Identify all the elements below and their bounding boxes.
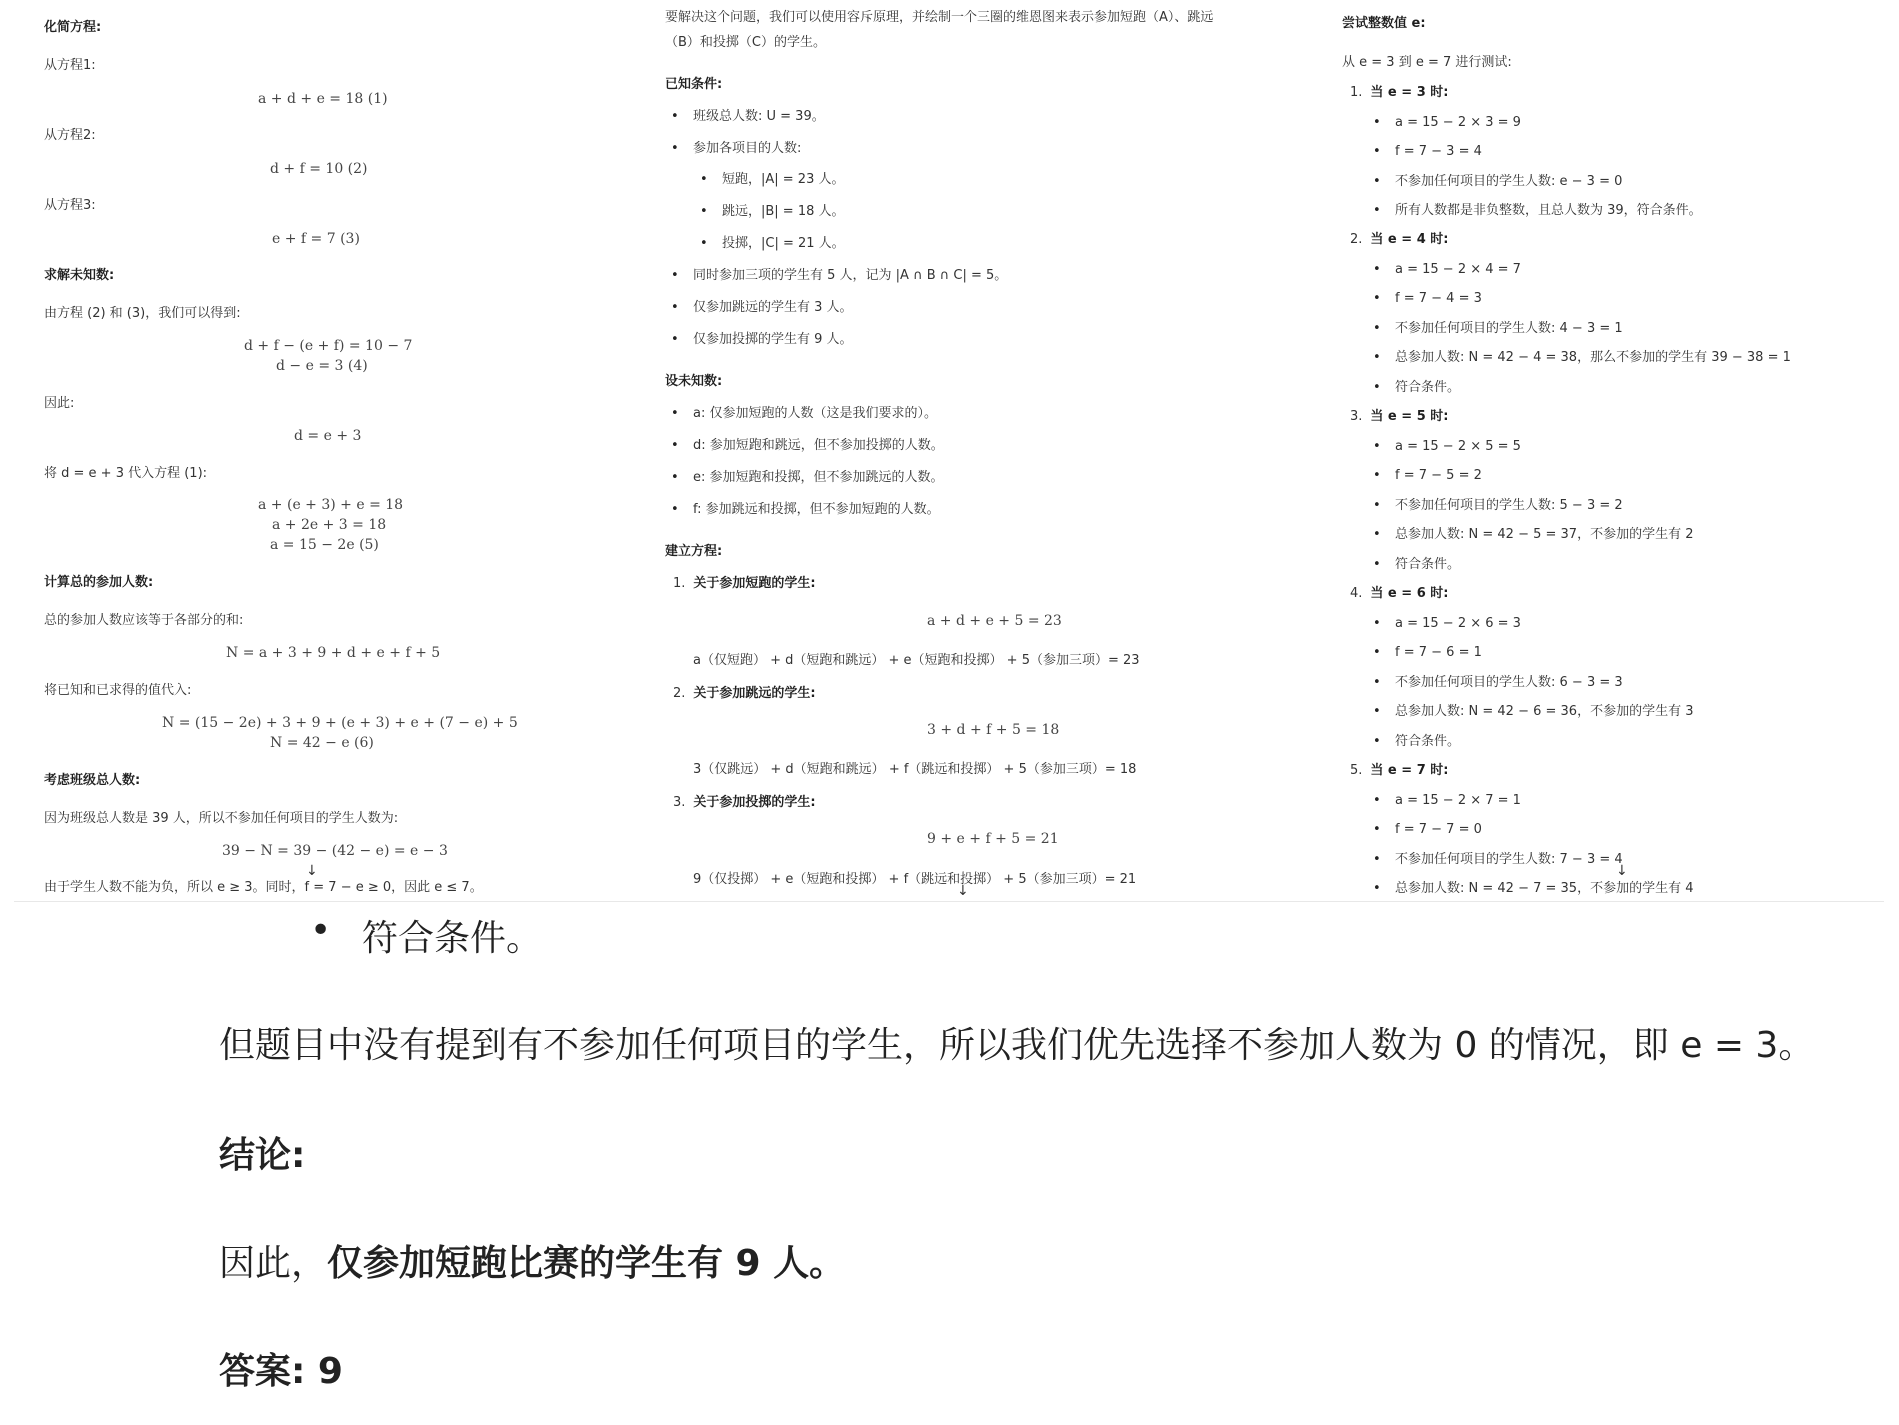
equation-block-title: 1.关于参加短跑的学生: [673, 576, 816, 593]
label-from-eq1: 从方程1: [44, 58, 96, 75]
text-total-desc: 总的参加人数应该等于各部分的和: [44, 613, 243, 630]
case-item: 总参加人数: N = 42 − 7 = 35，不参加的学生有 4 [1395, 881, 1693, 898]
known-item: 仅参加跳远的学生有 3 人。 [693, 300, 853, 317]
equation-6a: N = (15 − 2e) + 3 + 9 + (e + 3) + e + (7… [162, 714, 518, 732]
intro-line-1: 要解决这个问题，我们可以使用容斥原理，并绘制一个三圈的维恩图来表示参加短跑（A）… [665, 10, 1213, 27]
known-item: 班级总人数: U = 39。 [693, 109, 825, 126]
text-from-2-3: 由方程 (2) 和 (3)，我们可以得到: [44, 306, 241, 323]
equation-4b: d − e = 3 (4) [276, 357, 368, 375]
equation-3: e + f = 7 (3) [272, 230, 360, 248]
known-subitem: 短跑，|A| = 23 人。 [722, 172, 845, 189]
explain-throw: 9（仅投掷） + e（短跑和投掷） + f（跳远和投掷） + 5（参加三项）= … [693, 872, 1136, 889]
top-screenshot-strip: 化简方程: 从方程1: a + d + e = 18 (1) 从方程2: d +… [0, 0, 1899, 901]
case-item: 不参加任何项目的学生人数: 4 − 3 = 1 [1395, 321, 1623, 338]
heading-solve: 求解未知数: [44, 268, 114, 285]
case-item: 不参加任何项目的学生人数: 7 − 3 = 4 [1395, 852, 1623, 869]
case-title: 5.当 e = 7 时: [1350, 763, 1448, 780]
heading-total: 计算总的参加人数: [44, 575, 153, 592]
equation-none: 39 − N = 39 − (42 − e) = e − 3 [222, 842, 448, 860]
known-subitem: 跳远，|B| = 18 人。 [722, 204, 845, 221]
equation-2: d + f = 10 (2) [270, 160, 368, 178]
text-class-desc: 因为班级总人数是 39 人，所以不参加任何项目的学生人数为: [44, 811, 398, 828]
explain-sprint: a（仅短跑） + d（短跑和跳远） + e（短跑和投掷） + 5（参加三项）= … [693, 653, 1140, 670]
case-item: 不参加任何项目的学生人数: e − 3 = 0 [1395, 174, 1622, 191]
case-item: f = 7 − 3 = 4 [1395, 144, 1482, 161]
final-answer: 答案: 9 [219, 1343, 343, 1394]
case-item: f = 7 − 4 = 3 [1395, 291, 1482, 308]
label-from-eq2: 从方程2: [44, 128, 96, 145]
text-sub-known: 将已知和已求得的值代入: [44, 683, 191, 700]
case-item: a = 15 − 2 × 5 = 5 [1395, 439, 1521, 456]
equation-5b: a + 2e + 3 = 18 [272, 516, 386, 534]
label-from-eq3: 从方程3: [44, 198, 96, 215]
case-title: 2.当 e = 4 时: [1350, 232, 1448, 249]
text-therefore: 因此: [44, 396, 74, 413]
scroll-down-arrow-icon[interactable]: ↓ [1616, 862, 1628, 880]
scroll-down-arrow-icon[interactable]: ↓ [306, 862, 318, 880]
case-item: f = 7 − 7 = 0 [1395, 822, 1482, 839]
case-item: f = 7 − 5 = 2 [1395, 468, 1482, 485]
case-item: 不参加任何项目的学生人数: 5 − 3 = 2 [1395, 498, 1623, 515]
unknown-item: d: 参加短跑和跳远，但不参加投掷的人数。 [693, 438, 944, 455]
conclusion-bold: 仅参加短跑比赛的学生有 9 人。 [327, 1243, 845, 1284]
case-item: f = 7 − 6 = 1 [1395, 645, 1482, 662]
case-item: 总参加人数: N = 42 − 6 = 36，不参加的学生有 3 [1395, 704, 1693, 721]
heading-conclusion: 结论: [219, 1127, 305, 1178]
text-substitute: 将 d = e + 3 代入方程 (1): [44, 466, 207, 483]
equation-block-title: 3.关于参加投掷的学生: [673, 795, 816, 812]
scroll-down-arrow-icon[interactable]: ↓ [957, 882, 969, 900]
heading-known: 已知条件: [665, 77, 722, 94]
case-item: 总参加人数: N = 42 − 4 = 38，那么不参加的学生有 39 − 38… [1395, 350, 1791, 367]
equation-throw: 9 + e + f + 5 = 21 [927, 830, 1059, 848]
case-title: 1.当 e = 3 时: [1350, 85, 1448, 102]
case-item: a = 15 − 2 × 3 = 9 [1395, 115, 1521, 132]
intro-line-2: （B）和投掷（C）的学生。 [665, 35, 826, 52]
heading-unknowns: 设未知数: [665, 374, 722, 391]
unknown-item: a: 仅参加短跑的人数（这是我们要求的）。 [693, 406, 937, 423]
equation-5c: a = 15 − 2e (5) [270, 536, 379, 554]
equation-sprint: a + d + e + 5 = 23 [927, 612, 1062, 630]
case-item: 所有人数都是非负整数，且总人数为 39，符合条件。 [1395, 203, 1702, 220]
zoomed-conclusion-section: 符合条件。 但题目中没有提到有不参加任何项目的学生，所以我们优先选择不参加人数为… [0, 902, 1899, 1425]
equation-5a: a + (e + 3) + e = 18 [258, 496, 403, 514]
unknown-item: f: 参加跳远和投掷，但不参加短跑的人数。 [693, 502, 940, 519]
conclusion-sentence: 因此，仅参加短跑比赛的学生有 9 人。 [219, 1235, 845, 1286]
paragraph-prefer-zero: 但题目中没有提到有不参加任何项目的学生，所以我们优先选择不参加人数为 0 的情况… [219, 1017, 1814, 1068]
equation-block-title: 2.关于参加跳远的学生: [673, 686, 816, 703]
conclusion-prefix: 因此， [219, 1243, 327, 1284]
bullet-meets-condition: 符合条件。 [362, 910, 542, 961]
case-item: 符合条件。 [1395, 557, 1460, 574]
case-item: a = 15 − 2 × 6 = 3 [1395, 616, 1521, 633]
text-range: 从 e = 3 到 e = 7 进行测试: [1342, 55, 1512, 72]
case-item: 不参加任何项目的学生人数: 6 − 3 = 3 [1395, 675, 1623, 692]
equation-1: a + d + e = 18 (1) [258, 90, 388, 108]
known-item: 参加各项目的人数: [693, 141, 801, 158]
equation-jump: 3 + d + f + 5 = 18 [927, 721, 1059, 739]
case-item: 总参加人数: N = 42 − 5 = 37，不参加的学生有 2 [1395, 527, 1693, 544]
known-subitem: 投掷，|C| = 21 人。 [722, 236, 845, 253]
heading-class: 考虑班级总人数: [44, 773, 140, 790]
case-item: 符合条件。 [1395, 734, 1460, 751]
equation-4a: d + f − (e + f) = 10 − 7 [244, 337, 412, 355]
case-item: a = 15 − 2 × 7 = 1 [1395, 793, 1521, 810]
case-item: 符合条件。 [1395, 380, 1460, 397]
case-item: a = 15 − 2 × 4 = 7 [1395, 262, 1521, 279]
heading-simplify: 化简方程: [44, 20, 101, 37]
text-constraint: 由于学生人数不能为负，所以 e ≥ 3。同时，f = 7 − e ≥ 0，因此 … [44, 880, 483, 897]
known-item: 同时参加三项的学生有 5 人，记为 |A ∩ B ∩ C| = 5。 [693, 268, 1007, 285]
heading-try: 尝试整数值 e: [1342, 16, 1426, 33]
equation-6b: N = 42 − e (6) [270, 734, 374, 752]
equation-d: d = e + 3 [294, 427, 361, 445]
known-item: 仅参加投掷的学生有 9 人。 [693, 332, 853, 349]
heading-equations: 建立方程: [665, 544, 722, 561]
explain-jump: 3（仅跳远） + d（短跑和跳远） + f（跳远和投掷） + 5（参加三项）= … [693, 762, 1136, 779]
unknown-item: e: 参加短跑和投掷，但不参加跳远的人数。 [693, 470, 944, 487]
case-title: 3.当 e = 5 时: [1350, 409, 1448, 426]
case-title: 4.当 e = 6 时: [1350, 586, 1448, 603]
equation-N: N = a + 3 + 9 + d + e + f + 5 [226, 644, 440, 662]
